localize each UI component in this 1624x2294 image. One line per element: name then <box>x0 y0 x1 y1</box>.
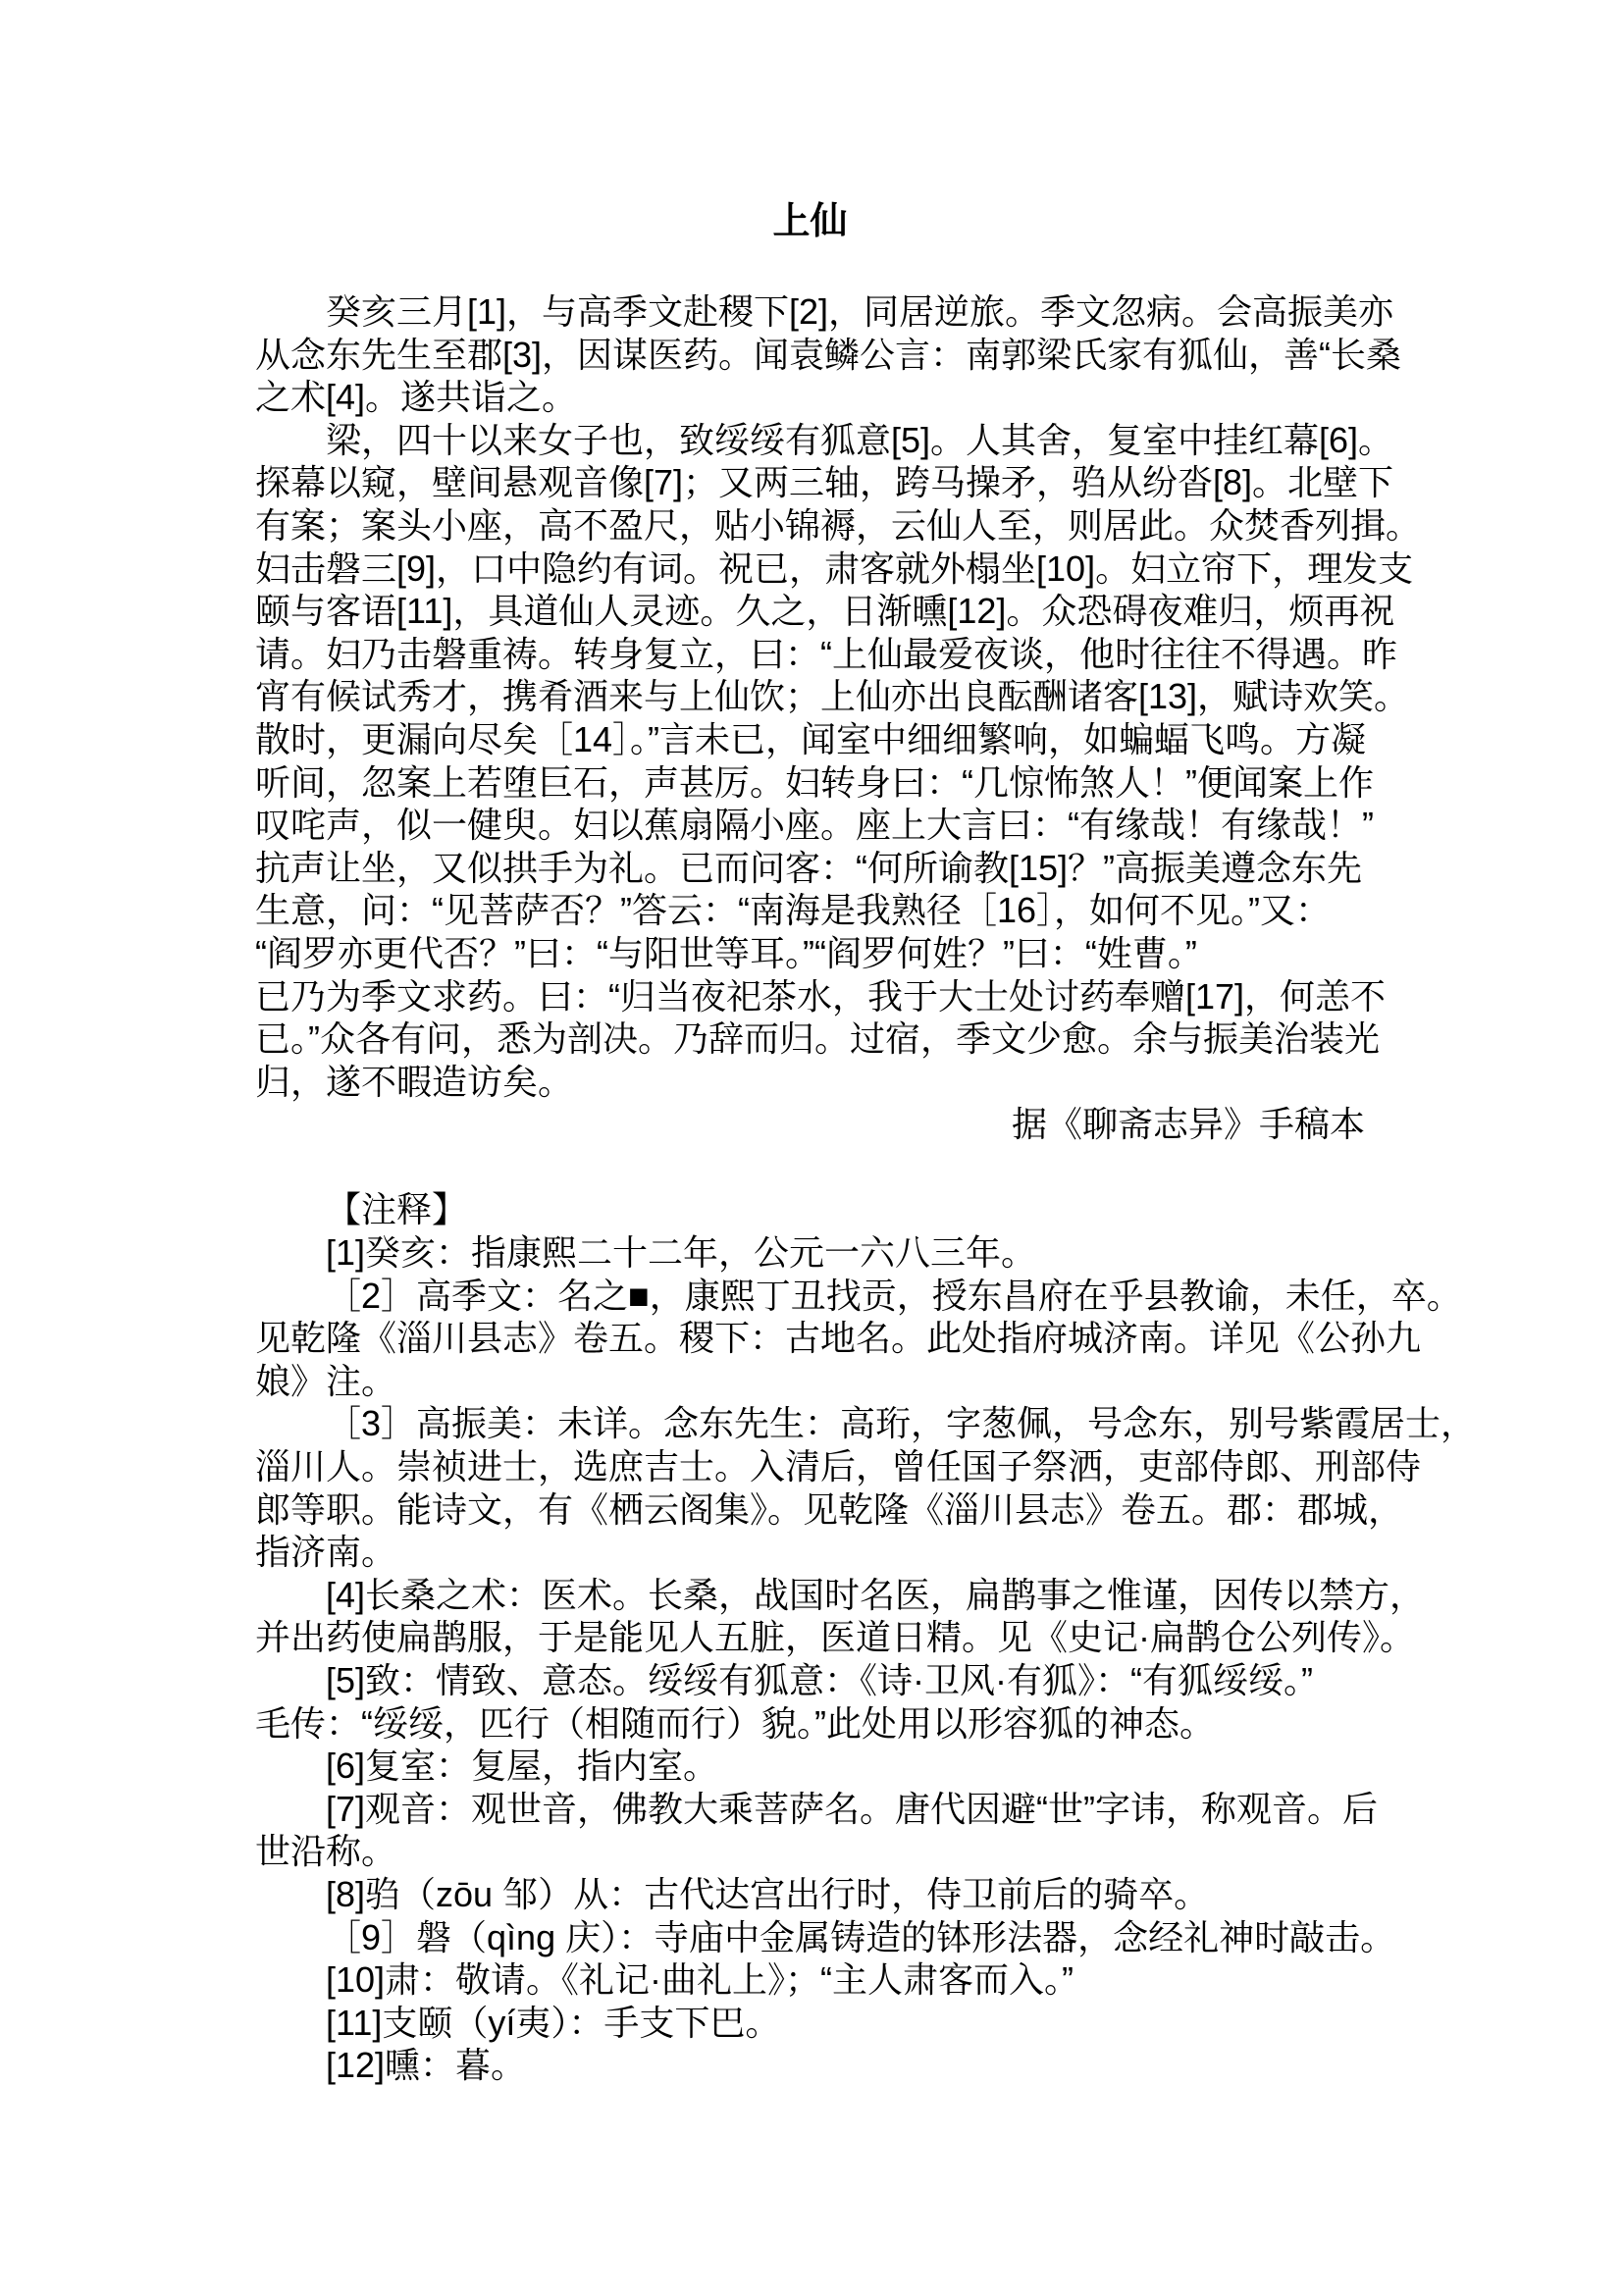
story-line: 抗声让坐，又似拱手为礼。已而问客：“何所谕教[15]？”高振美遵念东先 <box>255 847 1365 890</box>
story-line: 散时，更漏向尽矣［14］。”言未已，闻室中细细繁响，如蝙蝠飞鸣。方凝 <box>255 718 1365 761</box>
note-line: 并出药使扁鹊服，于是能见人五脏，医道日精。见《史记·扁鹊仓公列传》。 <box>255 1616 1365 1659</box>
story-line: 宵有候试秀才，携肴酒来与上仙饮；上仙亦出良酝酬诸客[13]，赋诗欢笑。 <box>255 675 1365 718</box>
story-line: 请。妇乃击磐重祷。转身复立，曰：“上仙最爱夜谈，他时往往不得遇。昨 <box>255 633 1365 676</box>
note-line: 见乾隆《淄川县志》卷五。稷下：古地名。此处指府城济南。详见《公孙九 <box>255 1317 1365 1360</box>
story-line: 叹咤声，似一健臾。妇以蕉扇隔小座。座上大言曰：“有缘哉！有缘哉！” <box>255 804 1365 847</box>
story-line: 癸亥三月[1]，与高季文赴稷下[2]，同居逆旅。季文忽病。会高振美亦 <box>255 290 1365 334</box>
note-line: ［3］高振美：未详。念东先生：高珩，字葱佩，号念东，别号紫霞居士， <box>255 1402 1365 1445</box>
note-line: [5]致：情致、意态。绥绥有狐意：《诗·卫风·有狐》：“有狐绥绥。” <box>255 1659 1365 1702</box>
note-line: [12]曛：暮。 <box>255 2044 1365 2087</box>
document-body: 癸亥三月[1]，与高季文赴稷下[2]，同居逆旅。季文忽病。会高振美亦从念东先生至… <box>255 290 1365 2087</box>
note-line: 郎等职。能诗文，有《栖云阁集》。见乾隆《淄川县志》卷五。郡：郡城， <box>255 1488 1365 1532</box>
note-line: 毛传：“绥绥，匹行（相随而行）貌。”此处用以形容狐的神态。 <box>255 1702 1365 1746</box>
story-line: “阎罗亦更代否？”曰：“与阳世等耳。”“阎罗何姓？”曰：“姓曹。” <box>255 932 1365 975</box>
note-line: [6]复室：复屋，指内室。 <box>255 1745 1365 1788</box>
note-line: ［2］高季文：名之■，康熙丁丑找贡，授东昌府在乎县教谕，未任，卒。 <box>255 1275 1365 1318</box>
story-line: 有案；案头小座，高不盈尺，贴小锦褥，云仙人至，则居此。众焚香列揖。 <box>255 504 1365 547</box>
story-line: 颐与客语[11]，具道仙人灵迹。久之，日渐曛[12]。众恐碍夜难归，烦再祝 <box>255 590 1365 633</box>
story-line: 之术[4]。遂共诣之。 <box>255 376 1365 419</box>
note-line: 娘》注。 <box>255 1360 1365 1403</box>
note-line: [11]支颐（yí夷）：手支下巴。 <box>255 2002 1365 2045</box>
note-line: [10]肃：敬请。《礼记·曲礼上》；“主人肃客而入。” <box>255 1958 1365 2002</box>
story-line: 从念东先生至郡[3]，因谋医药。闻袁鳞公言：南郭梁氏家有狐仙，善“长桑 <box>255 334 1365 377</box>
note-line: 指济南。 <box>255 1531 1365 1574</box>
story-line: 生意，问：“见菩萨否？”答云：“南海是我熟径［16］，如何不见。”又： <box>255 889 1365 932</box>
note-line: [8]驺（zōu 邹）从：古代达宫出行时，侍卫前后的骑卒。 <box>255 1873 1365 1916</box>
note-line: 世沿称。 <box>255 1830 1365 1873</box>
notes-heading: 【注释】 <box>255 1188 1365 1231</box>
story-line: 已乃为季文求药。曰：“归当夜祀茶水，我于大士处讨药奉赠[17]，何恙不 <box>255 975 1365 1018</box>
blank-line <box>255 1146 1365 1189</box>
story-line: 妇击磐三[9]，口中隐约有词。祝已，肃客就外榻坐[10]。妇立帘下，理发支 <box>255 547 1365 591</box>
story-line: 探幕以窥，壁间悬观音像[7]；又两三轴，跨马操矛，驺从纷沓[8]。北壁下 <box>255 461 1365 504</box>
note-line: ［9］磐（qìng 庆）：寺庙中金属铸造的钵形法器，念经礼神时敲击。 <box>255 1916 1365 1959</box>
story-line: 听间，忽案上若堕巨石，声甚厉。妇转身曰：“几惊怖煞人！”便闻案上作 <box>255 761 1365 805</box>
source-attribution: 据《聊斋志异》手稿本 <box>255 1103 1365 1146</box>
story-line: 已。”众各有问，悉为剖决。乃辞而归。过宿，季文少愈。余与振美治装光 <box>255 1017 1365 1061</box>
note-line: [4]长桑之术：医术。长桑，战国时名医，扁鹊事之惟谨，因传以禁方， <box>255 1574 1365 1617</box>
note-line: 淄川人。崇祯进士，选庶吉士。入清后，曾任国子祭洒，吏部侍郎、刑部侍 <box>255 1445 1365 1488</box>
story-line: 归，遂不暇造访矣。 <box>255 1061 1365 1104</box>
note-line: [1]癸亥：指康熙二十二年，公元一六八三年。 <box>255 1231 1365 1275</box>
note-line: [7]观音：观世音，佛教大乘菩萨名。唐代因避“世”字讳，称观音。后 <box>255 1788 1365 1831</box>
document-page: 上仙 癸亥三月[1]，与高季文赴稷下[2]，同居逆旅。季文忽病。会高振美亦从念东… <box>0 0 1624 2294</box>
story-line: 梁，四十以来女子也，致绥绥有狐意[5]。人其舍，复室中挂红幕[6]。 <box>255 419 1365 462</box>
page-title: 上仙 <box>255 199 1365 244</box>
